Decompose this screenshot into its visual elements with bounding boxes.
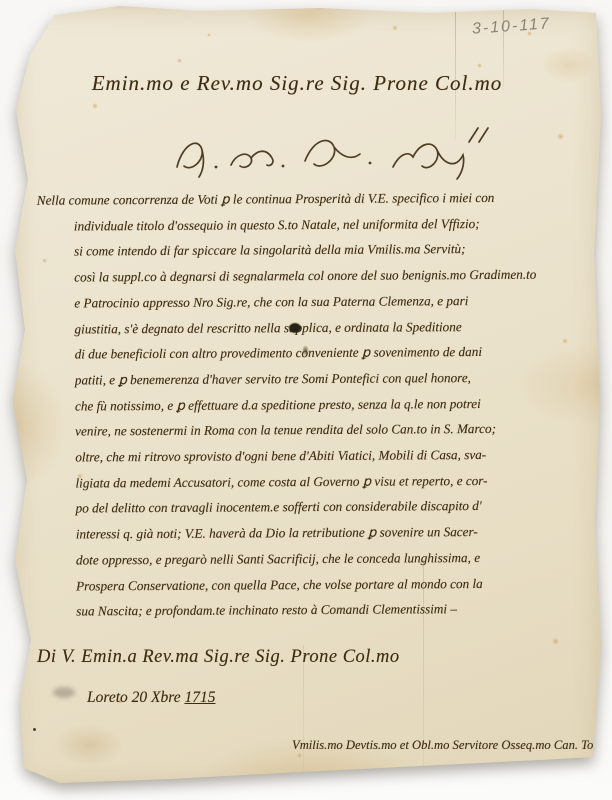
body-line: Nella comune concorrenza de Voti ꝑ le co… (37, 184, 597, 213)
foxing-spot (392, 25, 398, 31)
body-line: ligiata da medemi Accusatori, come costa… (75, 467, 598, 496)
closing-salutation: Di V. Emin.a Rev.ma Sig.re Sig. Prone Co… (37, 647, 400, 668)
ink-blot-core (289, 323, 301, 333)
foxing-spot (557, 133, 564, 140)
body-line: di due beneficioli con altro provediment… (75, 339, 598, 368)
dark-speck (33, 728, 36, 731)
letter-paper: 3-10-117 Emin.mo e Rev.mo Sig.re Sig. Pr… (9, 5, 605, 791)
body-line: giustitia, s'è degnato del rescritto nel… (74, 313, 597, 342)
signature: Vmilis.mo Devtis.mo et Obl.mo Servitore … (292, 738, 602, 753)
salutation: Emin.mo e Rev.mo Sig.re Sig. Prone Col.m… (9, 71, 585, 96)
foxing-spot (477, 63, 482, 68)
ink-blot (281, 318, 308, 339)
body-line: po del delitto con travagli inocentem.e … (76, 493, 599, 522)
paper-sheet: 3-10-117 Emin.mo e Rev.mo Sig.re Sig. Pr… (9, 5, 605, 791)
foxing-spot (552, 638, 559, 645)
letter-body: Nella comune concorrenza de Voti ꝑ le co… (37, 184, 600, 624)
body-line: venire, ne sostenermi in Roma con la ten… (75, 416, 598, 445)
foxing-spot (92, 103, 98, 109)
body-line: che fù notissimo, e ꝑ effettuare d.a spe… (75, 390, 598, 419)
dateline-year: 1715 (184, 689, 215, 706)
foxing-spot (207, 33, 211, 37)
body-line: e Patrocinio appresso Nro Sig.re, che co… (74, 287, 597, 316)
foxing-spot (297, 753, 302, 758)
body-line: dote oppresso, e pregarò nelli Santi Sac… (76, 544, 599, 573)
foxing-spot (177, 58, 182, 63)
pencil-smudge (53, 687, 75, 698)
body-line: patiti, e ꝑ benemerenza d'haver servito … (75, 364, 598, 393)
flourish-abbreviation (169, 125, 499, 183)
body-line: individuale titolo d'ossequio in questo … (74, 210, 597, 239)
body-line: oltre, che mi ritrovo sprovisto d'ogni b… (75, 441, 598, 470)
ink-drip (302, 345, 309, 356)
dateline-place: Loreto 20 Xbre (87, 689, 184, 706)
dateline: Loreto 20 Xbre 1715 (87, 689, 215, 707)
body-line: sua Nascita; e profondam.te inchinato re… (76, 596, 599, 625)
archive-number: 3-10-117 (471, 15, 551, 38)
body-line: interessi q. già noti; V.E. haverà da Di… (76, 518, 599, 547)
body-line: si come intendo di far spiccare la singo… (74, 236, 597, 265)
body-line: Prospera Conservatione, con quella Pace,… (76, 570, 599, 599)
body-line: così la suppl.co à degnarsi di segnalarm… (74, 261, 597, 290)
scanned-letter-page: { "archive_mark": "3-10-117", "letter": … (0, 0, 612, 800)
